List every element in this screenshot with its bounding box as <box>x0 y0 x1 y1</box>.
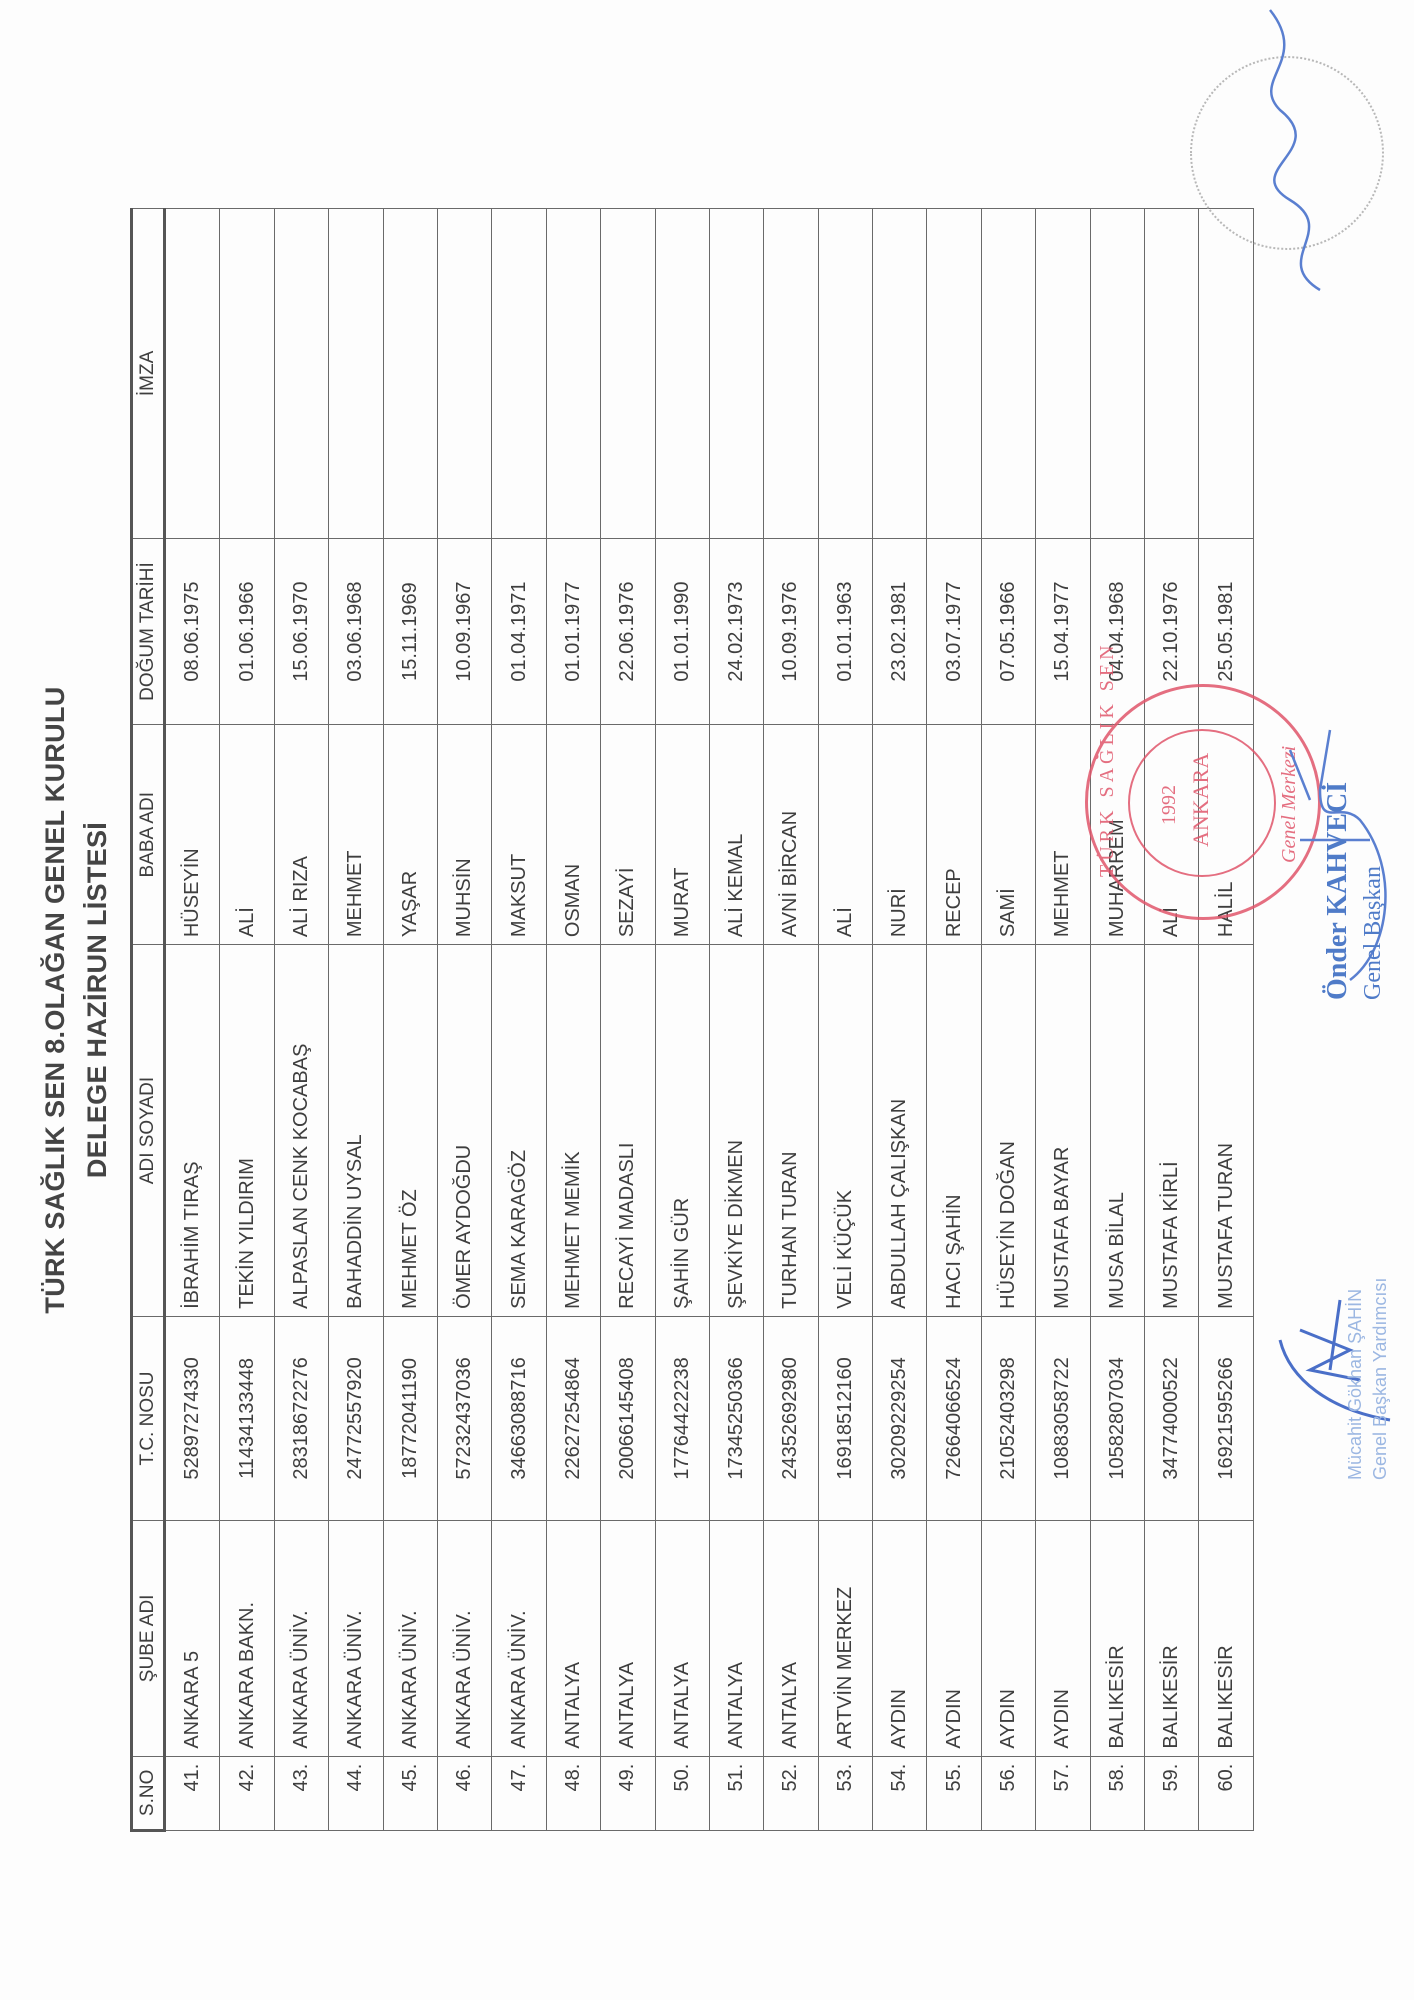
cell-name: MEHMET MEMİK <box>546 945 600 1317</box>
cell-sube: BALIKESİR <box>1145 1521 1199 1757</box>
cell-father: YAŞAR <box>383 725 437 945</box>
cell-sno: 57. <box>1036 1756 1090 1830</box>
cell-birthdate: 10.09.1967 <box>437 538 491 724</box>
cell-tc: 28318672276 <box>274 1316 328 1520</box>
cell-signature <box>764 209 818 539</box>
cell-name: ŞEVKİYE DİKMEN <box>709 945 763 1317</box>
cell-name: RECAYİ MADASLI <box>601 945 655 1317</box>
header-tc: T.C. NOSU <box>132 1316 165 1520</box>
cell-tc: 52897274330 <box>165 1316 220 1520</box>
cell-birthdate: 01.01.1963 <box>818 538 872 724</box>
table-row: 46.ANKARA ÜNİV.57232437036ÖMER AYDOĞDUMU… <box>437 209 491 1831</box>
cell-sube: ANTALYA <box>601 1521 655 1757</box>
cell-sube: ANKARA ÜNİV. <box>437 1521 491 1757</box>
cell-name: TURHAN TURAN <box>764 945 818 1317</box>
vice-president-name: Mücahit Gökhan ŞAHİN <box>1345 1289 1366 1480</box>
delegate-table: S.NO ŞUBE ADI T.C. NOSU ADI SOYADI BABA … <box>130 208 1254 1832</box>
cell-name: MEHMET ÖZ <box>383 945 437 1317</box>
vice-president-role: Genel Başkan Yardımcısı <box>1370 1278 1391 1480</box>
table-row: 42.ANKARA BAKN.11434133448TEKİN YILDIRIM… <box>220 209 274 1831</box>
table-row: 49.ANTALYA20066145408RECAYİ MADASLISEZAY… <box>601 209 655 1831</box>
cell-sube: AYDIN <box>927 1521 981 1757</box>
president-role: Genel Başkan <box>1360 866 1387 1000</box>
cell-birthdate: 03.06.1968 <box>329 538 383 724</box>
cell-sube: ANKARA ÜNİV. <box>383 1521 437 1757</box>
cell-tc: 24352692980 <box>764 1316 818 1520</box>
cell-sube: ANTALYA <box>764 1521 818 1757</box>
header-name: ADI SOYADI <box>132 945 165 1317</box>
cell-name: BAHADDİN UYSAL <box>329 945 383 1317</box>
table-row: 60.BALIKESİR16921595266MUSTAFA TURANHALİ… <box>1199 209 1253 1831</box>
cell-father: ALİ KEMAL <box>709 725 763 945</box>
cell-father: MAKSUT <box>492 725 546 945</box>
cell-name: HACI ŞAHİN <box>927 945 981 1317</box>
cell-name: SEMA KARAGÖZ <box>492 945 546 1317</box>
cell-birthdate: 15.04.1977 <box>1036 538 1090 724</box>
header-signature: İMZA <box>132 209 165 539</box>
cell-birthdate: 24.02.1973 <box>709 538 763 724</box>
cell-father: SEZAYİ <box>601 725 655 945</box>
cell-name: MUSTAFA KİRLİ <box>1145 945 1199 1317</box>
cell-sno: 56. <box>981 1756 1035 1830</box>
cell-sno: 58. <box>1090 1756 1144 1830</box>
cell-tc: 34774000522 <box>1145 1316 1199 1520</box>
cell-sube: AYDIN <box>981 1521 1035 1757</box>
cell-sno: 59. <box>1145 1756 1199 1830</box>
cell-sno: 43. <box>274 1756 328 1830</box>
cell-name: MUSA BİLAL <box>1090 945 1144 1317</box>
cell-signature <box>492 209 546 539</box>
cell-father: MEHMET <box>329 725 383 945</box>
cell-name: İBRAHİM TIRAŞ <box>165 945 220 1317</box>
cell-signature <box>818 209 872 539</box>
document-title: TÜRK SAĞLIK SEN 8.OLAĞAN GENEL KURULU <box>40 0 71 2000</box>
cell-tc: 16918512160 <box>818 1316 872 1520</box>
document-page: TÜRK SAĞLIK SEN 8.OLAĞAN GENEL KURULU DE… <box>0 0 1414 2000</box>
cell-tc: 24772557920 <box>329 1316 383 1520</box>
stamp-city: ANKARA <box>1188 753 1214 847</box>
cell-signature <box>981 209 1035 539</box>
table-row: 57.AYDIN10883058722MUSTAFA BAYARMEHMET15… <box>1036 209 1090 1831</box>
cell-signature <box>220 209 274 539</box>
header-sno: S.NO <box>132 1756 165 1830</box>
cell-birthdate: 01.01.1990 <box>655 538 709 724</box>
header-father: BABA ADI <box>132 725 165 945</box>
cell-father: MUHSİN <box>437 725 491 945</box>
table-row: 51.ANTALYA17345250366ŞEVKİYE DİKMENALİ K… <box>709 209 763 1831</box>
cell-father: RECEP <box>927 725 981 945</box>
cell-tc: 72664066524 <box>927 1316 981 1520</box>
cell-birthdate: 03.07.1977 <box>927 538 981 724</box>
cell-tc: 20066145408 <box>601 1316 655 1520</box>
cell-name: HÜSEYİN DOĞAN <box>981 945 1035 1317</box>
cell-signature <box>873 209 927 539</box>
cell-tc: 10883058722 <box>1036 1316 1090 1520</box>
cell-father: ALİ <box>818 725 872 945</box>
cell-father: ALİ RIZA <box>274 725 328 945</box>
cell-sno: 51. <box>709 1756 763 1830</box>
cell-birthdate: 01.06.1966 <box>220 538 274 724</box>
cell-name: ABDULLAH ÇALIŞKAN <box>873 945 927 1317</box>
cell-tc: 34663088716 <box>492 1316 546 1520</box>
cell-tc: 10582807034 <box>1090 1316 1144 1520</box>
cell-birthdate: 15.06.1970 <box>274 538 328 724</box>
table-row: 55.AYDIN72664066524HACI ŞAHİNRECEP03.07.… <box>927 209 981 1831</box>
cell-tc: 17764422238 <box>655 1316 709 1520</box>
cell-sube: ANKARA ÜNİV. <box>492 1521 546 1757</box>
cell-sube: ANKARA 5 <box>165 1521 220 1757</box>
cell-sube: AYDIN <box>1036 1521 1090 1757</box>
cell-signature <box>1090 209 1144 539</box>
document-subtitle: DELEGE HAZİRUN LİSTESİ <box>82 0 113 2000</box>
cell-sube: ANKARA BAKN. <box>220 1521 274 1757</box>
cell-sube: ANKARA ÜNİV. <box>274 1521 328 1757</box>
table-row: 52.ANTALYA24352692980TURHAN TURANAVNİ Bİ… <box>764 209 818 1831</box>
cell-sno: 48. <box>546 1756 600 1830</box>
cell-sno: 60. <box>1199 1756 1253 1830</box>
table-row: 50.ANTALYA17764422238ŞAHİN GÜRMURAT01.01… <box>655 209 709 1831</box>
table-row: 54.AYDIN30209229254ABDULLAH ÇALIŞKANNURİ… <box>873 209 927 1831</box>
cell-sno: 45. <box>383 1756 437 1830</box>
cell-sube: ANKARA ÜNİV. <box>329 1521 383 1757</box>
cell-father: HÜSEYİN <box>165 725 220 945</box>
cell-sno: 55. <box>927 1756 981 1830</box>
cell-sno: 42. <box>220 1756 274 1830</box>
cell-birthdate: 22.06.1976 <box>601 538 655 724</box>
cell-signature <box>1036 209 1090 539</box>
table-row: 41.ANKARA 552897274330İBRAHİM TIRAŞHÜSEY… <box>165 209 220 1831</box>
header-birthdate: DOĞUM TARİHİ <box>132 538 165 724</box>
cell-sno: 49. <box>601 1756 655 1830</box>
cell-father: AVNİ BİRCAN <box>764 725 818 945</box>
table-row: 56.AYDIN21052403298HÜSEYİN DOĞANSAMİ07.0… <box>981 209 1035 1831</box>
cell-sube: ANTALYA <box>655 1521 709 1757</box>
cell-sube: ANTALYA <box>546 1521 600 1757</box>
cell-signature <box>927 209 981 539</box>
cell-birthdate: 08.06.1975 <box>165 538 220 724</box>
cell-sno: 53. <box>818 1756 872 1830</box>
cell-name: ALPASLAN CENK KOCABAŞ <box>274 945 328 1317</box>
stamp-ring-text: TÜRK SAĞLIK SEN <box>1096 641 1119 877</box>
cell-tc: 11434133448 <box>220 1316 274 1520</box>
cell-tc: 57232437036 <box>437 1316 491 1520</box>
cell-sno: 54. <box>873 1756 927 1830</box>
table-row: 48.ANTALYA22627254864MEHMET MEMİKOSMAN01… <box>546 209 600 1831</box>
cell-father: MEHMET <box>1036 725 1090 945</box>
cell-tc: 16921595266 <box>1199 1316 1253 1520</box>
president-name: Önder KAHVECİ <box>1322 782 1354 1000</box>
cell-birthdate: 07.05.1966 <box>981 538 1035 724</box>
cell-signature <box>655 209 709 539</box>
cell-name: VELİ KÜÇÜK <box>818 945 872 1317</box>
cell-father: ALİ <box>220 725 274 945</box>
table-row: 44.ANKARA ÜNİV.24772557920BAHADDİN UYSAL… <box>329 209 383 1831</box>
cell-tc: 17345250366 <box>709 1316 763 1520</box>
cell-sube: BALIKESİR <box>1090 1521 1144 1757</box>
cell-birthdate: 01.04.1971 <box>492 538 546 724</box>
cell-tc: 22627254864 <box>546 1316 600 1520</box>
cell-father: OSMAN <box>546 725 600 945</box>
cell-birthdate: 01.01.1977 <box>546 538 600 724</box>
cell-sube: ARTVİN MERKEZ <box>818 1521 872 1757</box>
cell-sno: 41. <box>165 1756 220 1830</box>
cell-birthdate: 23.02.1981 <box>873 538 927 724</box>
cell-sno: 52. <box>764 1756 818 1830</box>
table-row: 58.BALIKESİR10582807034MUSA BİLALMUHARRE… <box>1090 209 1144 1831</box>
cell-sube: BALIKESİR <box>1199 1521 1253 1757</box>
cell-father: MURAT <box>655 725 709 945</box>
table-row: 43.ANKARA ÜNİV.28318672276ALPASLAN CENK … <box>274 209 328 1831</box>
stamp-year: 1992 <box>1158 785 1181 825</box>
cell-signature <box>274 209 328 539</box>
cell-sno: 46. <box>437 1756 491 1830</box>
cell-birthdate: 10.09.1976 <box>764 538 818 724</box>
cell-signature <box>709 209 763 539</box>
scribble-signature-icon <box>1230 0 1360 300</box>
table-row: 59.BALIKESİR34774000522MUSTAFA KİRLİALİ2… <box>1145 209 1199 1831</box>
cell-tc: 30209229254 <box>873 1316 927 1520</box>
cell-sube: ANTALYA <box>709 1521 763 1757</box>
cell-signature <box>546 209 600 539</box>
cell-signature <box>1145 209 1199 539</box>
cell-name: ŞAHİN GÜR <box>655 945 709 1317</box>
cell-sno: 50. <box>655 1756 709 1830</box>
cell-birthdate: 15.11.1969 <box>383 538 437 724</box>
cell-name: MUSTAFA TURAN <box>1199 945 1253 1317</box>
table-body: 41.ANKARA 552897274330İBRAHİM TIRAŞHÜSEY… <box>165 209 1254 1831</box>
cell-father: SAMİ <box>981 725 1035 945</box>
table-row: 53.ARTVİN MERKEZ16918512160VELİ KÜÇÜKALİ… <box>818 209 872 1831</box>
table-row: 47.ANKARA ÜNİV.34663088716SEMA KARAGÖZMA… <box>492 209 546 1831</box>
cell-signature <box>329 209 383 539</box>
cell-father: NURİ <box>873 725 927 945</box>
cell-sno: 47. <box>492 1756 546 1830</box>
cell-signature <box>601 209 655 539</box>
cell-tc: 18772041190 <box>383 1316 437 1520</box>
table-row: 45.ANKARA ÜNİV.18772041190MEHMET ÖZYAŞAR… <box>383 209 437 1831</box>
cell-sno: 44. <box>329 1756 383 1830</box>
table-header-row: S.NO ŞUBE ADI T.C. NOSU ADI SOYADI BABA … <box>132 209 165 1831</box>
cell-name: ÖMER AYDOĞDU <box>437 945 491 1317</box>
cell-signature <box>165 209 220 539</box>
cell-tc: 21052403298 <box>981 1316 1035 1520</box>
cell-name: MUSTAFA BAYAR <box>1036 945 1090 1317</box>
cell-name: TEKİN YILDIRIM <box>220 945 274 1317</box>
header-sube: ŞUBE ADI <box>132 1521 165 1757</box>
cell-signature <box>437 209 491 539</box>
cell-signature <box>383 209 437 539</box>
cell-sube: AYDIN <box>873 1521 927 1757</box>
